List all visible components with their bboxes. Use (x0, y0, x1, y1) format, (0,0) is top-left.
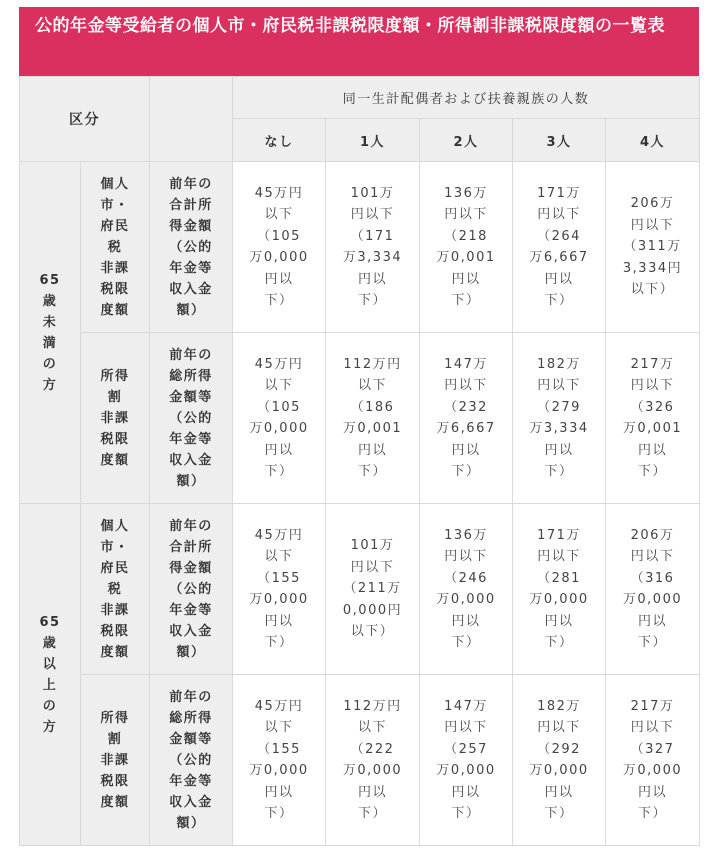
age-group-under-65: 65 歳 未 満 の 方 (20, 162, 81, 504)
header-col-2: 2人 (420, 119, 513, 162)
value-text: 112万円 以下 （186 万0,001 円以 下） (343, 354, 402, 483)
table-title: 公的年金等受給者の個人市・府民税非課税限度額・所得割非課税限度額の一覧表 (19, 7, 699, 76)
income-basis: 前年の 総所得 金額等 （公的 年金等 収入金 額） (150, 333, 233, 504)
header-kubun: 区分 (20, 77, 150, 162)
value-cell: 171万 円以下 （264 万6,667 円以 下） (513, 162, 606, 333)
value-text: 206万 円以下 （311万 3,334円 以下） (623, 193, 682, 301)
income-basis-label: 前年の 合計所 得金額 （公的 年金等 収入金 額） (169, 516, 213, 663)
value-cell: 136万 円以下 （246 万0,000 円以 下） (420, 504, 513, 675)
value-cell: 45万円 以下 （105 万0,000 円以 下） (233, 162, 326, 333)
value-text: 206万 円以下 （316 万0,000 円以 下） (623, 525, 682, 654)
value-cell: 45万円 以下 （155 万0,000 円以 下） (233, 675, 326, 846)
value-cell: 101万 円以下 （171 万3,334 円以 下） (326, 162, 420, 333)
age-label: 65 歳 以 上 の 方 (39, 612, 60, 738)
table-row: 所得 割 非課 税限 度額 前年の 総所得 金額等 （公的 年金等 収入金 額）… (20, 333, 700, 504)
value-cell: 182万 円以下 （292 万0,000 円以 下） (513, 675, 606, 846)
value-cell: 147万 円以下 （257 万0,000 円以 下） (420, 675, 513, 846)
value-cell: 171万 円以下 （281 万0,000 円以 下） (513, 504, 606, 675)
value-cell: 136万 円以下 （218 万0,001 円以 下） (420, 162, 513, 333)
header-row-top: 区分 同一生計配偶者および扶養親族の人数 (20, 77, 700, 119)
limit-type: 所得 割 非課 税限 度額 (81, 675, 150, 846)
value-text: 45万円 以下 （155 万0,000 円以 下） (249, 696, 308, 825)
age-label: 65 歳 未 満 の 方 (39, 270, 60, 396)
limit-type-label: 個人 市・ 府民 税 非課 税限 度額 (100, 174, 129, 321)
value-text: 136万 円以下 （218 万0,001 円以 下） (436, 183, 495, 312)
value-cell: 217万 円以下 （327 万0,000 円以 下） (606, 675, 700, 846)
header-col-1: 1人 (326, 119, 420, 162)
table-row: 所得 割 非課 税限 度額 前年の 総所得 金額等 （公的 年金等 収入金 額）… (20, 675, 700, 846)
header-col-4: 4人 (606, 119, 700, 162)
limit-type: 個人 市・ 府民 税 非課 税限 度額 (81, 504, 150, 675)
income-basis-label: 前年の 総所得 金額等 （公的 年金等 収入金 額） (169, 687, 213, 834)
value-text: 136万 円以下 （246 万0,000 円以 下） (436, 525, 495, 654)
value-text: 112万円 以下 （222 万0,000 円以 下） (343, 696, 402, 825)
limit-type: 所得 割 非課 税限 度額 (81, 333, 150, 504)
value-text: 171万 円以下 （281 万0,000 円以 下） (529, 525, 588, 654)
value-text: 101万 円以下 （211万 0,000円 以下） (343, 535, 402, 643)
value-text: 45万円 以下 （105 万0,000 円以 下） (249, 354, 308, 483)
value-cell: 45万円 以下 （105 万0,000 円以 下） (233, 333, 326, 504)
value-text: 217万 円以下 （326 万0,001 円以 下） (623, 354, 682, 483)
header-col-none: なし (233, 119, 326, 162)
value-text: 217万 円以下 （327 万0,000 円以 下） (623, 696, 682, 825)
value-text: 171万 円以下 （264 万6,667 円以 下） (529, 183, 588, 312)
value-text: 182万 円以下 （279 万3,334 円以 下） (529, 354, 588, 483)
value-text: 45万円 以下 （155 万0,000 円以 下） (249, 525, 308, 654)
value-text: 147万 円以下 （232 万6,667 円以 下） (436, 354, 495, 483)
tax-limit-table-container: 公的年金等受給者の個人市・府民税非課税限度額・所得割非課税限度額の一覧表 区分 … (19, 7, 699, 846)
limit-type: 個人 市・ 府民 税 非課 税限 度額 (81, 162, 150, 333)
income-basis-label: 前年の 総所得 金額等 （公的 年金等 収入金 額） (169, 345, 213, 492)
value-cell: 147万 円以下 （232 万6,667 円以 下） (420, 333, 513, 504)
table-row: 65 歳 未 満 の 方 個人 市・ 府民 税 非課 税限 度額 前年の 合計所… (20, 162, 700, 333)
value-text: 45万円 以下 （105 万0,000 円以 下） (249, 183, 308, 312)
value-text: 182万 円以下 （292 万0,000 円以 下） (529, 696, 588, 825)
header-blank (150, 77, 233, 162)
limit-type-label: 所得 割 非課 税限 度額 (100, 366, 129, 471)
limit-type-label: 所得 割 非課 税限 度額 (100, 708, 129, 813)
income-basis: 前年の 合計所 得金額 （公的 年金等 収入金 額） (150, 504, 233, 675)
tax-limit-table: 区分 同一生計配偶者および扶養親族の人数 なし 1人 2人 3人 4人 65 歳… (19, 76, 700, 846)
value-cell: 45万円 以下 （155 万0,000 円以 下） (233, 504, 326, 675)
value-cell: 112万円 以下 （186 万0,001 円以 下） (326, 333, 420, 504)
limit-type-label: 個人 市・ 府民 税 非課 税限 度額 (100, 516, 129, 663)
value-cell: 101万 円以下 （211万 0,000円 以下） (326, 504, 420, 675)
value-cell: 182万 円以下 （279 万3,334 円以 下） (513, 333, 606, 504)
header-dependents-group: 同一生計配偶者および扶養親族の人数 (233, 77, 700, 119)
value-text: 101万 円以下 （171 万3,334 円以 下） (343, 183, 402, 312)
age-group-65-and-over: 65 歳 以 上 の 方 (20, 504, 81, 846)
value-text: 147万 円以下 （257 万0,000 円以 下） (436, 696, 495, 825)
income-basis-label: 前年の 合計所 得金額 （公的 年金等 収入金 額） (169, 174, 213, 321)
header-col-3: 3人 (513, 119, 606, 162)
value-cell: 112万円 以下 （222 万0,000 円以 下） (326, 675, 420, 846)
income-basis: 前年の 総所得 金額等 （公的 年金等 収入金 額） (150, 675, 233, 846)
table-row: 65 歳 以 上 の 方 個人 市・ 府民 税 非課 税限 度額 前年の 合計所… (20, 504, 700, 675)
value-cell: 206万 円以下 （311万 3,334円 以下） (606, 162, 700, 333)
income-basis: 前年の 合計所 得金額 （公的 年金等 収入金 額） (150, 162, 233, 333)
value-cell: 217万 円以下 （326 万0,001 円以 下） (606, 333, 700, 504)
value-cell: 206万 円以下 （316 万0,000 円以 下） (606, 504, 700, 675)
